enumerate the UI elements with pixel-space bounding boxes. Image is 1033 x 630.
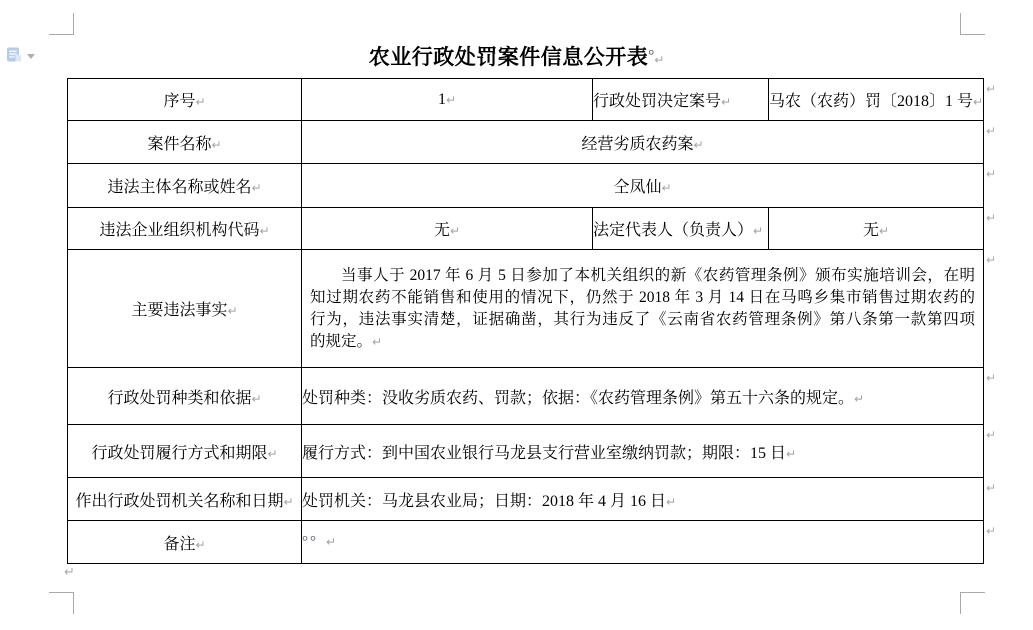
return-mark: ↵ bbox=[786, 447, 796, 461]
table-row: 作出行政处罚机关名称和日期↵ 处罚机关：马龙县农业局；日期：2018 年 4 月… bbox=[68, 478, 984, 521]
table-row: 违法主体名称或姓名↵ 仝凤仙↵ bbox=[68, 164, 984, 208]
return-mark: ↵ bbox=[195, 538, 205, 552]
facts-label-cell: 主要违法事实↵ bbox=[68, 250, 302, 368]
table-row: 行政处罚履行方式和期限↵ 履行方式：到中国农业银行马龙县支行营业室缴纳罚款；期限… bbox=[68, 425, 984, 478]
serial-number-label-cell: 序号↵ bbox=[68, 79, 302, 121]
row-end-mark: ↵ bbox=[986, 524, 996, 538]
offender-name-label-cell: 违法主体名称或姓名↵ bbox=[68, 164, 302, 208]
facts-line: 的规定。↵ bbox=[310, 331, 975, 353]
return-mark: ↵ bbox=[283, 495, 293, 509]
row-end-mark: ↵ bbox=[986, 428, 996, 442]
return-mark: ↵ bbox=[661, 181, 671, 195]
org-code-value-cell: 无↵ bbox=[302, 208, 593, 250]
row-end-mark: ↵ bbox=[986, 82, 996, 96]
row-end-mark: ↵ bbox=[986, 253, 996, 267]
return-mark: ↵ bbox=[753, 224, 763, 238]
space-format-marks: °° bbox=[302, 534, 318, 550]
penalty-info-table: 序号↵ 1↵ 行政处罚决定案号↵ 马农（农药）罚〔2018〕1 号↵ 案件名称↵… bbox=[67, 78, 984, 564]
decision-number-label-cell: 行政处罚决定案号↵ bbox=[593, 79, 769, 121]
case-name-label-cell: 案件名称↵ bbox=[68, 121, 302, 164]
return-mark: ↵ bbox=[721, 95, 731, 109]
paragraph-mark: ↵ bbox=[64, 565, 75, 580]
row-end-mark: ↵ bbox=[986, 481, 996, 495]
org-code-label-cell: 违法企业组织机构代码↵ bbox=[68, 208, 302, 250]
authority-date-value-cell: 处罚机关：马龙县农业局；日期：2018 年 4 月 16 日↵ bbox=[302, 478, 984, 521]
facts-line: 行为，违法事实清楚，证据确凿，其行为违反了《云南省农药管理条例》第八条第一款第四… bbox=[310, 309, 975, 331]
authority-date-label-cell: 作出行政处罚机关名称和日期↵ bbox=[68, 478, 302, 521]
document-page: 农业行政处罚案件信息公开表°↵ 序号↵ 1↵ 行政处罚决定案号↵ 马农（农药）罚… bbox=[0, 0, 1033, 630]
return-mark: ↵ bbox=[267, 447, 277, 461]
row-end-mark: ↵ bbox=[986, 211, 996, 225]
fulfillment-value-cell: 履行方式：到中国农业银行马龙县支行营业室缴纳罚款；期限：15 日↵ bbox=[302, 425, 984, 478]
title-row: 农业行政处罚案件信息公开表°↵ bbox=[0, 41, 1033, 75]
return-mark: ↵ bbox=[326, 535, 336, 549]
table-row: 主要违法事实↵ 当事人于 2017 年 6 月 5 日参加了本机关组织的新《农药… bbox=[68, 250, 984, 368]
return-mark: ↵ bbox=[973, 95, 983, 109]
return-mark: ↵ bbox=[854, 392, 864, 406]
page-title: 农业行政处罚案件信息公开表 bbox=[369, 45, 649, 69]
legal-rep-label-cell: 法定代表人（负责人）↵ bbox=[593, 208, 769, 250]
margin-crop-mark-top-left bbox=[49, 13, 74, 35]
return-mark: ↵ bbox=[251, 181, 261, 195]
return-mark: ↵ bbox=[666, 495, 676, 509]
return-mark: ↵ bbox=[372, 335, 382, 349]
fulfillment-label-cell: 行政处罚履行方式和期限↵ bbox=[68, 425, 302, 478]
serial-number-value-cell: 1↵ bbox=[302, 79, 593, 121]
facts-line: 知过期农药不能销售和使用的情况下，仍然于 2018 年 3 月 14 日在马鸣乡… bbox=[310, 287, 975, 309]
decision-number-value-cell: 马农（农药）罚〔2018〕1 号↵ bbox=[769, 79, 984, 121]
facts-value-cell: 当事人于 2017 年 6 月 5 日参加了本机关组织的新《农药管理条例》颁布实… bbox=[302, 250, 984, 368]
penalty-type-value-cell: 处罚种类：没收劣质农药、罚款；依据：《农药管理条例》第五十六条的规定。↵ bbox=[302, 368, 984, 425]
return-mark: ↵ bbox=[195, 95, 205, 109]
row-end-mark: ↵ bbox=[986, 167, 996, 181]
return-mark: ↵ bbox=[227, 304, 237, 318]
offender-name-value-cell: 仝凤仙↵ bbox=[302, 164, 984, 208]
table-row: 违法企业组织机构代码↵ 无↵ 法定代表人（负责人）↵ 无↵ bbox=[68, 208, 984, 250]
table-row: 行政处罚种类和依据↵ 处罚种类：没收劣质农药、罚款；依据：《农药管理条例》第五十… bbox=[68, 368, 984, 425]
table-row: 案件名称↵ 经营劣质农药案↵ bbox=[68, 121, 984, 164]
legal-rep-value-cell: 无↵ bbox=[769, 208, 984, 250]
remarks-value-cell: °°↵ bbox=[302, 521, 984, 564]
return-mark: ↵ bbox=[446, 93, 456, 107]
row-end-mark: ↵ bbox=[986, 124, 996, 138]
return-mark: ↵ bbox=[259, 224, 269, 238]
return-mark: ↵ bbox=[654, 53, 664, 67]
return-mark: ↵ bbox=[879, 224, 889, 238]
facts-paragraph: 当事人于 2017 年 6 月 5 日参加了本机关组织的新《农药管理条例》颁布实… bbox=[302, 265, 983, 353]
table-row: 序号↵ 1↵ 行政处罚决定案号↵ 马农（农药）罚〔2018〕1 号↵ bbox=[68, 79, 984, 121]
margin-crop-mark-top-right bbox=[960, 13, 985, 35]
row-end-mark: ↵ bbox=[986, 371, 996, 385]
penalty-type-label-cell: 行政处罚种类和依据↵ bbox=[68, 368, 302, 425]
return-mark: ↵ bbox=[450, 224, 460, 238]
margin-crop-mark-bottom-left bbox=[49, 592, 74, 614]
return-mark: ↵ bbox=[211, 138, 221, 152]
facts-line: 当事人于 2017 年 6 月 5 日参加了本机关组织的新《农药管理条例》颁布实… bbox=[310, 265, 975, 287]
table-row: 备注↵ °°↵ bbox=[68, 521, 984, 564]
return-mark: ↵ bbox=[693, 138, 703, 152]
case-name-value-cell: 经营劣质农药案↵ bbox=[302, 121, 984, 164]
margin-crop-mark-bottom-right bbox=[960, 592, 985, 614]
return-mark: ↵ bbox=[251, 392, 261, 406]
remarks-label-cell: 备注↵ bbox=[68, 521, 302, 564]
